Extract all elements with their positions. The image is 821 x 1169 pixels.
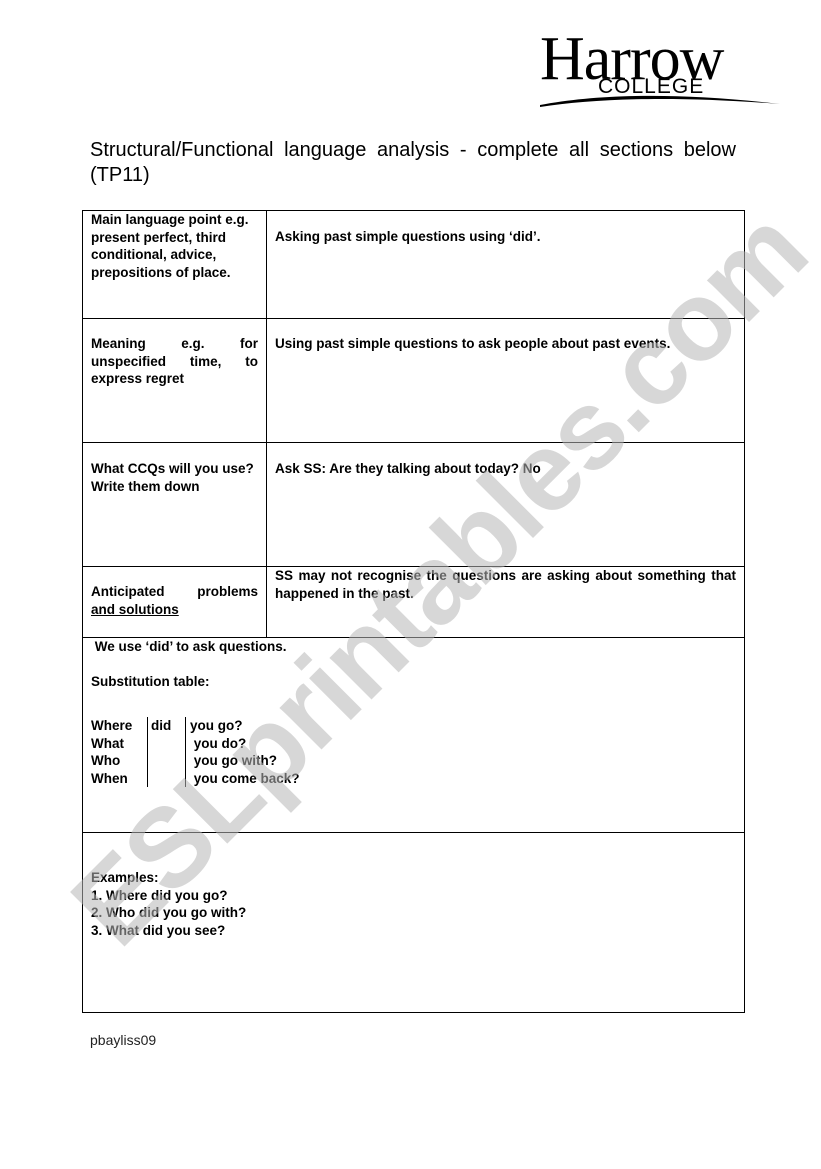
substitution-ending-column: you go? you do? you go with? you come ba… <box>186 717 300 787</box>
substitution-wh-column: Where What Who When <box>91 717 148 787</box>
example-item: 3. What did you see? <box>91 922 736 940</box>
substitution-heading: Substitution table: <box>91 673 736 691</box>
substitution-table: Where What Who When did you go? you do? … <box>91 717 736 787</box>
examples-heading: Examples: <box>91 869 736 887</box>
auxiliary-word: did <box>151 717 185 735</box>
label-text: Write them down <box>91 478 258 496</box>
harrow-college-logo: Harrow COLLEGE <box>538 28 783 114</box>
answer-ccqs: Ask SS: Are they talking about today? No <box>267 443 744 566</box>
example-item: 1. Where did you go? <box>91 887 736 905</box>
table-row-meaning: Meaning e.g. for unspecified time, to ex… <box>83 318 744 442</box>
analysis-table: Main language point e.g. present perfect… <box>82 210 745 1013</box>
label-main-language-point: Main language point e.g. present perfect… <box>83 211 267 318</box>
ending-phrase: you do? <box>190 735 300 753</box>
ending-phrase: you come back? <box>190 770 300 788</box>
ending-phrase: you go with? <box>190 752 300 770</box>
logo-swoosh-icon <box>538 90 783 110</box>
examples-section: Examples: 1. Where did you go? 2. Who di… <box>83 833 744 1012</box>
table-row-main-language-point: Main language point e.g. present perfect… <box>83 211 744 318</box>
ending-phrase: you go? <box>190 717 300 735</box>
answer-main-language-point: Asking past simple questions using ‘did’… <box>267 211 744 318</box>
label-meaning: Meaning e.g. for unspecified time, to ex… <box>83 319 267 442</box>
form-intro: We use ‘did’ to ask questions. <box>91 638 736 656</box>
example-item: 2. Who did you go with? <box>91 904 736 922</box>
wh-word: What <box>91 735 147 753</box>
form-section: We use ‘did’ to ask questions. Substitut… <box>83 638 744 832</box>
table-row-examples: Examples: 1. Where did you go? 2. Who di… <box>83 832 744 1012</box>
wh-word: Who <box>91 752 147 770</box>
wh-word: When <box>91 770 147 788</box>
label-ccqs: What CCQs will you use? Write them down <box>83 443 267 566</box>
answer-meaning: Using past simple questions to ask peopl… <box>267 319 744 442</box>
table-row-ccqs: What CCQs will you use? Write them down … <box>83 442 744 566</box>
label-text: Meaning e.g. for unspecified time, to ex… <box>91 335 258 388</box>
substitution-aux-column: did <box>148 717 186 787</box>
label-text: What CCQs will you use? <box>91 460 258 478</box>
label-text: Anticipated problems <box>91 583 258 601</box>
page-title: Structural/Functional language analysis … <box>90 138 736 188</box>
label-text: Main language point e.g. present perfect… <box>91 211 258 281</box>
wh-word: Where <box>91 717 147 735</box>
label-underlined-text: and solutions <box>91 602 179 617</box>
author-credit: pbayliss09 <box>90 1032 156 1048</box>
answer-anticipated-problems: SS may not recognise the questions are a… <box>267 567 744 637</box>
table-row-form: We use ‘did’ to ask questions. Substitut… <box>83 637 744 832</box>
label-anticipated-problems: Anticipated problems and solutions <box>83 567 267 637</box>
table-row-anticipated-problems: Anticipated problems and solutions SS ma… <box>83 566 744 637</box>
